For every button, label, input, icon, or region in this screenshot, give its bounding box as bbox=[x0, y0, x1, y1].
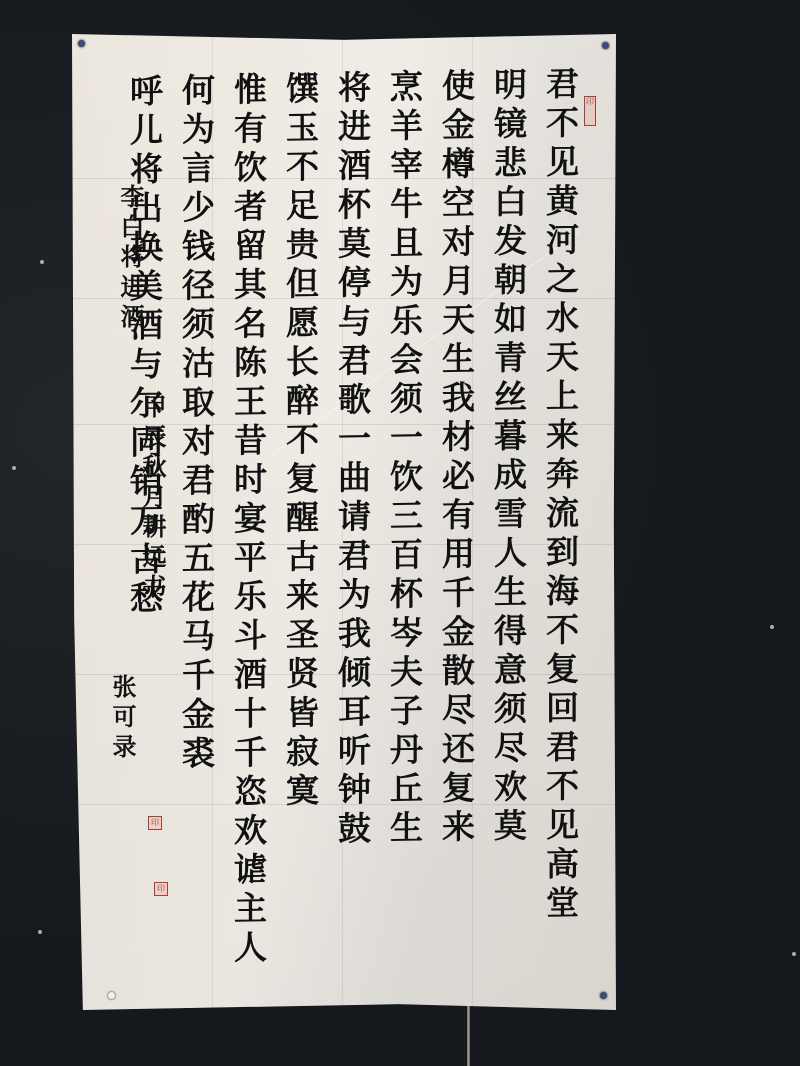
poem-column: 将进酒杯莫停与君歌一曲请君为我倾耳听钟鼓 bbox=[326, 70, 378, 971]
signature-column: 张可录 bbox=[102, 674, 142, 764]
wall-speck bbox=[38, 930, 42, 934]
signature-inscription: 甲辰秋月耕远书 bbox=[132, 394, 172, 604]
poem-text: 君不见黄河之水天上来奔流到海不复回君不见高堂 明镜悲白发朝如青丝暮成雪人生得意须… bbox=[118, 66, 586, 974]
wall-speck bbox=[40, 260, 44, 264]
wall-speck bbox=[792, 952, 796, 956]
poem-column: 君不见黄河之水天上来奔流到海不复回君不见高堂 bbox=[534, 66, 586, 967]
poem-column: 使金樽空对月天生我材必有用千金散尽还复来 bbox=[430, 68, 482, 969]
calligraphy-scroll: 印 君不见黄河之水天上来奔流到海不复回君不见高堂 明镜悲白发朝如青丝暮成雪人生得… bbox=[72, 34, 616, 1010]
push-pin bbox=[78, 40, 85, 47]
wall-speck bbox=[770, 625, 774, 629]
seal-stamp: 印 bbox=[148, 816, 162, 830]
signature-column: 李白将进酒 bbox=[110, 184, 150, 334]
poem-column: 馔玉不足贵但愿长醉不复醒古来圣贤皆寂寞 bbox=[274, 70, 326, 971]
signature-inscription: 李白将进酒 bbox=[110, 184, 150, 334]
push-pin bbox=[108, 992, 115, 999]
poem-column: 烹羊宰牛且为乐会须一饮三百杯岑夫子丹丘生 bbox=[378, 69, 430, 970]
push-pin bbox=[600, 992, 607, 999]
signature-inscription: 张可录 bbox=[102, 674, 142, 764]
push-pin bbox=[602, 42, 609, 49]
signature-column: 甲辰秋月耕远书 bbox=[132, 394, 172, 604]
seal-stamp: 印 bbox=[154, 882, 168, 896]
wall-speck bbox=[12, 466, 16, 470]
poem-column: 明镜悲白发朝如青丝暮成雪人生得意须尽欢莫 bbox=[482, 67, 534, 968]
poem-column: 何为言少钱径须沽取对君酌五花马千金裘 bbox=[170, 72, 222, 973]
poem-column: 惟有饮者留其名陈王昔时宴平乐斗酒十千恣欢谑主人 bbox=[222, 71, 274, 972]
wall-seam bbox=[467, 1000, 470, 1066]
